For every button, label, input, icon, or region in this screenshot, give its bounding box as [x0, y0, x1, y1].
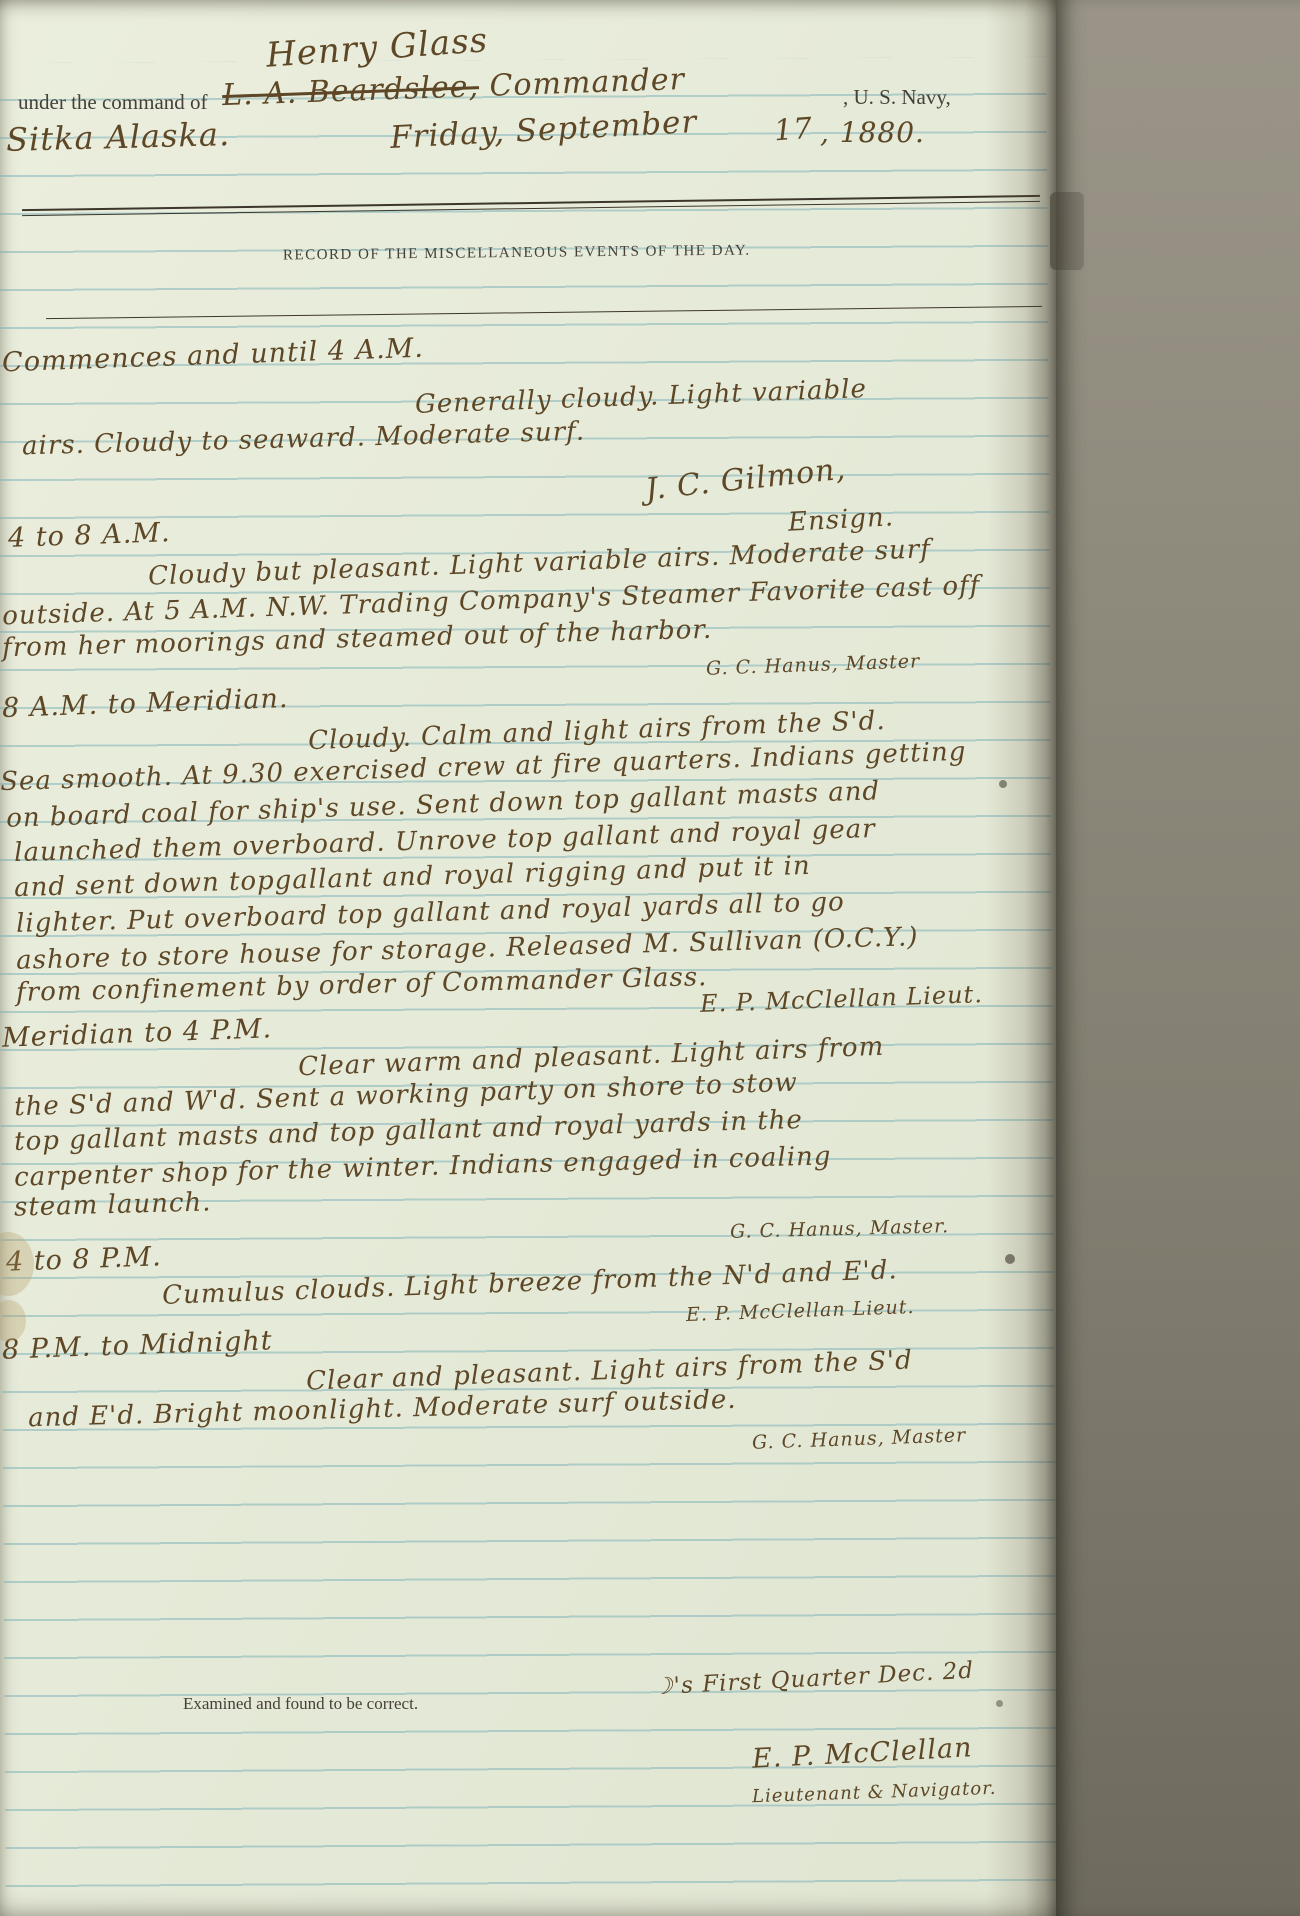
commander-rank: Commander	[489, 62, 686, 104]
page-edge-notch	[1050, 192, 1084, 270]
preprinted-command-label: under the command of	[18, 90, 208, 115]
entry-line: steam launch.	[14, 1187, 212, 1222]
logbook-page: Henry Glass under the command of L. A. B…	[0, 0, 1056, 1916]
date-number: 17	[773, 111, 814, 148]
date-year: , 1880.	[820, 116, 925, 149]
location: Sitka Alaska.	[6, 115, 231, 159]
entry-label: 4 to 8 A.M.	[8, 517, 172, 554]
logbook-scan: Henry Glass under the command of L. A. B…	[0, 0, 1300, 1916]
scan-backdrop	[1056, 0, 1300, 1916]
examined-statement: Examined and found to be correct.	[183, 1694, 418, 1714]
preprinted-navy-label: , U. S. Navy,	[843, 85, 951, 110]
page-gutter-shadow	[986, 0, 1056, 1916]
signature-title: Ensign.	[787, 502, 894, 538]
